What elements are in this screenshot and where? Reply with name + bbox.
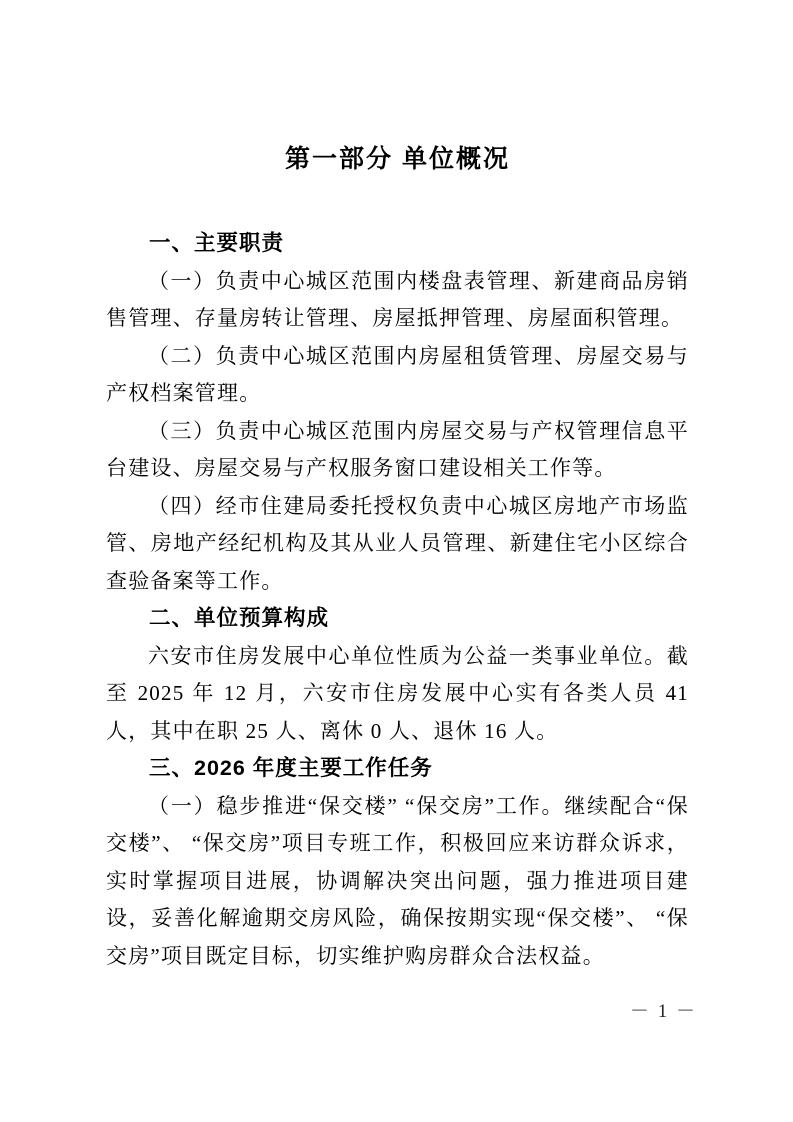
- page-number: － 1 －: [630, 999, 697, 1025]
- paragraph: （二）负责中心城区范围内房屋租赁管理、房屋交易与产权档案管理。: [106, 338, 689, 413]
- paragraph: 六安市住房发展中心单位性质为公益一类事业单位。截至 2025 年 12 月，六安…: [106, 638, 689, 751]
- section-heading-work-tasks: 三、2026 年度主要工作任务: [106, 750, 689, 788]
- section-budget-composition: 二、单位预算构成 六安市住房发展中心单位性质为公益一类事业单位。截至 2025 …: [106, 600, 689, 750]
- paragraph: （一）负责中心城区范围内楼盘表管理、新建商品房销售管理、存量房转让管理、房屋抵押…: [106, 263, 689, 338]
- document-title: 第一部分 单位概况: [106, 140, 689, 178]
- section-main-duties: 一、主要职责 （一）负责中心城区范围内楼盘表管理、新建商品房销售管理、存量房转让…: [106, 225, 689, 600]
- paragraph: （四）经市住建局委托授权负责中心城区房地产市场监管、房地产经纪机构及其从业人员管…: [106, 488, 689, 601]
- paragraph: （一）稳步推进“保交楼” “保交房”工作。继续配合“保交楼”、 “保交房”项目专…: [106, 788, 689, 976]
- section-work-tasks: 三、2026 年度主要工作任务 （一）稳步推进“保交楼” “保交房”工作。继续配…: [106, 750, 689, 975]
- document-page: 第一部分 单位概况 一、主要职责 （一）负责中心城区范围内楼盘表管理、新建商品房…: [0, 0, 793, 1122]
- section-heading-budget-composition: 二、单位预算构成: [106, 600, 689, 638]
- section-heading-main-duties: 一、主要职责: [106, 225, 689, 263]
- paragraph: （三）负责中心城区范围内房屋交易与产权管理信息平台建设、房屋交易与产权服务窗口建…: [106, 413, 689, 488]
